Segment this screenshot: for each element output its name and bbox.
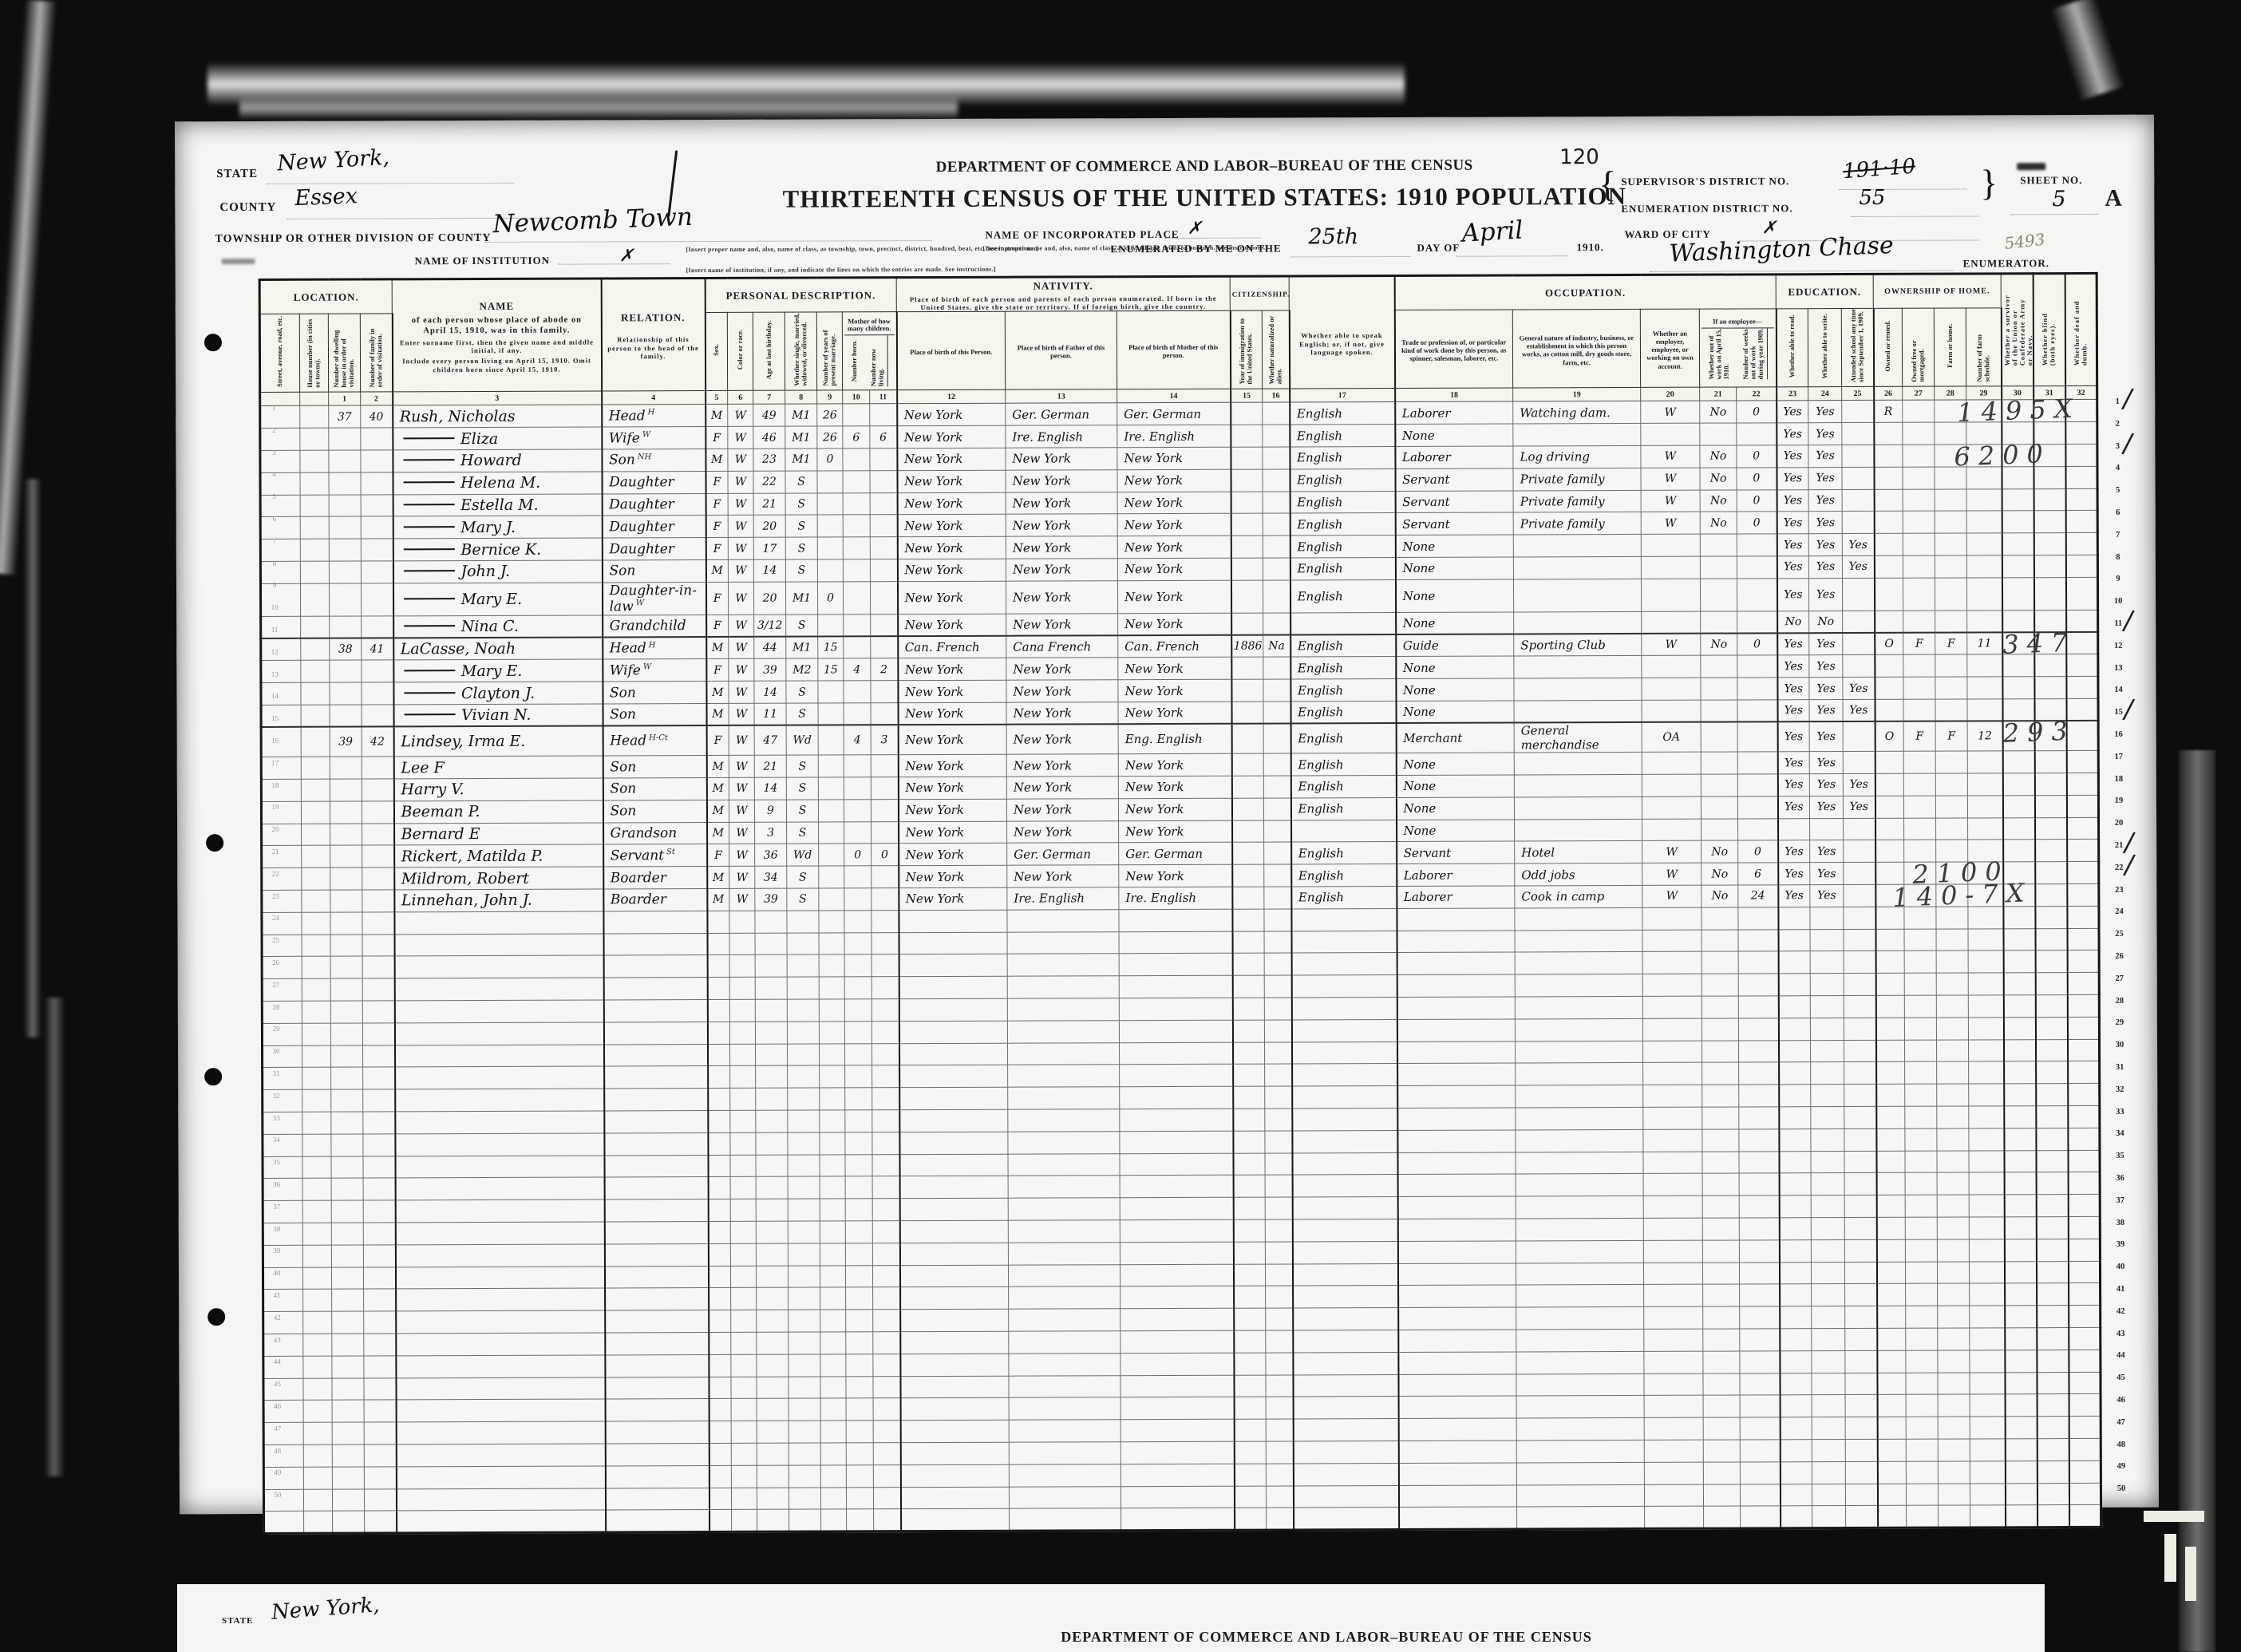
cell-imm — [1233, 1064, 1265, 1086]
day-of-label: DAY OF — [1417, 242, 1460, 255]
cell-ow: No — [1700, 490, 1737, 512]
line-number: 38 — [267, 1218, 287, 1240]
cell-fs — [1970, 1283, 2005, 1306]
cell-deaf — [2067, 883, 2099, 906]
cell-yrs — [820, 1044, 845, 1066]
cell-eng — [1292, 1241, 1397, 1263]
cell-cl — [870, 492, 897, 515]
cell-mort — [1905, 1195, 1937, 1217]
cell-cb — [844, 777, 871, 800]
cell-trade: None — [1396, 612, 1514, 634]
cell-read: Yes — [1777, 774, 1809, 796]
cell-imm — [1234, 1353, 1266, 1375]
cell-ind: Cook in camp — [1515, 885, 1642, 907]
cell-sex: F — [706, 615, 729, 637]
cell-sch — [1844, 1106, 1876, 1128]
cell-farm — [1935, 511, 1966, 533]
cell-pobf — [1009, 1397, 1120, 1420]
cell-name: John J. — [393, 560, 602, 583]
film-streak — [2050, 0, 2125, 101]
cell-pob: New York — [898, 754, 1006, 777]
cell-emp — [1644, 1373, 1703, 1396]
cell-yrs — [820, 1443, 846, 1465]
cell-emp: W — [1642, 885, 1701, 907]
cell-color — [731, 1288, 757, 1310]
cell-cl — [873, 1310, 900, 1332]
cell-emp: OA — [1642, 722, 1701, 753]
cell-sch — [1844, 1173, 1876, 1196]
cell-sch — [1844, 1239, 1876, 1262]
cell-pob — [899, 1154, 1008, 1176]
relation-annotation: H-Ct — [649, 733, 668, 742]
cell-mar — [788, 1310, 820, 1332]
cell-emp — [1643, 1196, 1702, 1218]
cell-imm — [1233, 1197, 1265, 1219]
cell-fs — [1970, 1350, 2005, 1373]
cell-sch — [1845, 1306, 1877, 1329]
cell-pob: New York — [898, 680, 1006, 702]
cell-ind: General merchandise — [1514, 722, 1642, 753]
sex-column-header: Sex. — [705, 313, 727, 391]
cell-nat — [1264, 931, 1291, 954]
cell-color — [731, 1310, 757, 1332]
cell-dw — [332, 1489, 364, 1512]
cell-sch — [1844, 995, 1875, 1018]
cell-vet — [2005, 1439, 2037, 1461]
cell-trade: None — [1396, 678, 1514, 701]
line-number: 8 — [264, 552, 285, 575]
cell-house — [302, 935, 330, 957]
cell-emp — [1642, 952, 1701, 974]
cell-pobf — [1007, 910, 1119, 932]
cell-sch — [1844, 818, 1875, 840]
township-label: TOWNSHIP OR OTHER DIVISION OF COUNTY — [215, 232, 491, 246]
cell-vet — [2005, 1283, 2037, 1306]
cell-name: Linnehan, John J. — [394, 889, 603, 912]
cell-write: Yes — [1810, 840, 1844, 863]
cell-blind — [2037, 1394, 2069, 1417]
cell-ind — [1513, 424, 1641, 446]
cell-eng — [1293, 1485, 1398, 1508]
cell-sch — [1845, 1373, 1877, 1395]
cell-emp — [1645, 1506, 1704, 1528]
cell-age: 36 — [755, 844, 787, 867]
cell-imm — [1233, 1219, 1265, 1242]
cell-wks — [1739, 1173, 1779, 1196]
cell-cl — [870, 515, 897, 537]
cell-wks — [1738, 929, 1778, 951]
cell-cb — [845, 1110, 872, 1132]
line-number: 47 — [2111, 1412, 2132, 1434]
cell-fam — [361, 539, 393, 561]
cell-rel: Daughter — [602, 471, 705, 493]
cell-yrs — [817, 492, 843, 515]
cell-cl — [871, 1021, 899, 1043]
cell-imm — [1233, 1242, 1265, 1264]
cell-nat — [1266, 1441, 1293, 1464]
institution-label: NAME OF INSTITUTION — [415, 255, 551, 268]
cell-blind — [2036, 1084, 2068, 1106]
cell-color: W — [729, 867, 755, 889]
cell-mort: F — [1903, 633, 1935, 655]
ditto-dash — [404, 692, 455, 694]
cell-deaf — [2065, 444, 2097, 466]
cell-cb — [844, 703, 871, 725]
cell-name — [394, 955, 603, 978]
cell-age — [756, 1088, 788, 1110]
cell-eng — [1292, 1108, 1397, 1130]
cell-name — [396, 1310, 605, 1334]
cell-sex: F — [705, 493, 728, 516]
cell-cb — [843, 492, 870, 515]
cell-sex — [707, 933, 729, 955]
film-bracket-mark — [2185, 1547, 2196, 1601]
cell-sch — [1845, 1439, 1877, 1461]
cell-ind — [1516, 1107, 1643, 1129]
cell-fam — [362, 824, 394, 846]
cell-eng — [1293, 1374, 1398, 1397]
cell-age — [757, 1332, 788, 1354]
cell-read — [1779, 1218, 1811, 1240]
cell-yrs — [820, 1154, 845, 1176]
cell-fam — [362, 934, 394, 956]
cell-wks — [1737, 678, 1777, 700]
cell-read: Yes — [1777, 489, 1808, 512]
cell-pobf — [1009, 1331, 1120, 1354]
line-number: 37 — [2110, 1190, 2131, 1212]
line-number: 1 — [263, 397, 284, 420]
cell-trade — [1397, 1085, 1516, 1108]
cell-sch — [1845, 1484, 1877, 1506]
cell-trade — [1399, 1507, 1517, 1529]
cell-imm — [1231, 679, 1263, 702]
cell-eng: English — [1291, 887, 1397, 909]
cell-sch — [1844, 863, 1875, 885]
cell-cb — [845, 1265, 872, 1287]
cell-cl — [872, 1065, 899, 1088]
cell-fam — [362, 682, 393, 705]
cell-deaf — [2068, 1105, 2100, 1128]
cell-sex — [708, 1155, 730, 1177]
cell-imm — [1234, 1375, 1266, 1397]
cell-cl — [871, 888, 899, 911]
cell-own — [1876, 1062, 1905, 1085]
cell-dw — [329, 516, 361, 539]
cell-wks — [1739, 1240, 1779, 1263]
cell-sex — [708, 1066, 730, 1089]
cell-mar: S — [787, 888, 819, 911]
column-number: 21 — [1700, 387, 1737, 401]
cell-trade — [1397, 1241, 1516, 1263]
cell-write: Yes — [1809, 774, 1843, 796]
cell-blind — [2035, 906, 2067, 928]
enumerated-year: 1910. — [1576, 241, 1603, 254]
cell-pob — [899, 932, 1007, 954]
cell-fam — [363, 1134, 395, 1156]
cell-nat — [1266, 1419, 1293, 1441]
cell-eng — [1293, 1441, 1398, 1463]
cell-cl — [873, 1464, 900, 1487]
cell-cb — [844, 954, 871, 977]
cell-yrs: 0 — [817, 449, 843, 471]
cell-farm — [1938, 1350, 1970, 1373]
cell-sch: Yes — [1843, 773, 1875, 796]
cell-trade: Laborer — [1397, 864, 1515, 886]
film-streak — [44, 998, 65, 1476]
cell-color: W — [728, 471, 753, 493]
cell-emp — [1644, 1462, 1703, 1484]
cell-deaf — [2067, 994, 2099, 1017]
cell-eng: English — [1290, 446, 1395, 468]
cell-mort — [1903, 796, 1935, 818]
cell-mar — [788, 1332, 820, 1354]
cell-age: 14 — [753, 559, 785, 582]
cell-ow: No — [1701, 634, 1737, 656]
cell-age: 14 — [754, 777, 786, 800]
cell-mar: M1 — [785, 404, 817, 426]
cell-house — [303, 1489, 332, 1512]
cell-color — [730, 1044, 756, 1066]
cell-mar: M1 — [785, 449, 817, 471]
cell-cl — [872, 1199, 899, 1221]
cell-name — [396, 1488, 605, 1511]
column-number: 22 — [1737, 387, 1777, 401]
cell-deaf — [2069, 1350, 2101, 1372]
cell-write: Yes — [1809, 633, 1843, 655]
pencil-mark: 5493 — [2003, 230, 2045, 253]
cell-read — [1778, 818, 1810, 840]
cell-mar: M1 — [785, 582, 817, 615]
cell-dw — [329, 561, 361, 583]
line-number: 11 — [264, 619, 285, 642]
cell-color — [729, 933, 755, 955]
cell-write: Yes — [1810, 863, 1844, 885]
cell-mort — [1903, 555, 1935, 578]
line-number: 48 — [267, 1440, 288, 1462]
enumerated-day: 25th — [1308, 224, 1358, 249]
cell-dw — [331, 1156, 363, 1179]
cell-trade — [1397, 1219, 1516, 1241]
cell-vet — [2002, 577, 2034, 610]
cell-imm — [1234, 1441, 1266, 1464]
cell-read — [1779, 1062, 1811, 1085]
line-number: 16 — [265, 730, 286, 753]
cell-sex — [709, 1354, 731, 1377]
cell-vet — [2002, 533, 2034, 555]
cell-farm — [1935, 654, 1967, 677]
column-number: 16 — [1263, 389, 1290, 402]
cell-age — [755, 933, 787, 955]
cell-ind: Sporting Club — [1514, 634, 1642, 656]
cell-name — [395, 1177, 604, 1200]
cell-sch — [1843, 611, 1875, 633]
cell-pobm: New York — [1119, 864, 1232, 887]
cell-emp — [1643, 1240, 1702, 1263]
cell-write — [1811, 1173, 1844, 1196]
cell-fs — [1969, 1128, 2004, 1151]
cell-imm — [1231, 702, 1263, 724]
cell-blind — [2034, 795, 2066, 817]
cell-trade: Laborer — [1397, 886, 1515, 908]
cell-mar: M1 — [786, 637, 818, 659]
cell-sch — [1844, 907, 1875, 929]
cell-own — [1874, 489, 1903, 512]
cell-wks — [1737, 700, 1777, 722]
cell-rel — [604, 1044, 708, 1066]
cell-color: W — [728, 426, 753, 449]
cell-fs: 11347 — [1967, 632, 2002, 654]
line-number: 33 — [266, 1107, 287, 1129]
cell-wks — [1738, 951, 1778, 974]
cell-nat — [1263, 753, 1290, 776]
cell-trade: None — [1396, 797, 1514, 820]
cell-sex — [708, 1199, 730, 1222]
cell-imm — [1233, 1131, 1265, 1153]
supervisor-district-label: SUPERVISOR'S DISTRICT NO. — [1621, 175, 1789, 188]
cell-mar: S — [785, 471, 817, 493]
cell-fam — [364, 1377, 396, 1400]
cell-fam — [364, 1488, 396, 1511]
cell-deaf — [2068, 1150, 2100, 1172]
line-number: 22 — [265, 864, 286, 886]
cell-wks — [1737, 611, 1777, 634]
cell-pobf — [1007, 1021, 1119, 1043]
cell-own — [1877, 1328, 1906, 1350]
cell-mar — [788, 1287, 820, 1310]
cell-vet — [2003, 907, 2035, 929]
cell-yrs — [817, 537, 843, 559]
cell-read — [1778, 1018, 1810, 1040]
cell-name: Beeman P. — [393, 800, 603, 824]
cell-pob: New York — [897, 448, 1006, 470]
cell-dw — [330, 912, 362, 935]
cell-sch — [1844, 1018, 1875, 1040]
cell-pob — [899, 910, 1007, 932]
cell-pob: New York — [897, 404, 1006, 426]
cell-cb — [846, 1465, 873, 1488]
cell-yrs — [820, 1398, 846, 1421]
cell-sex — [707, 999, 729, 1022]
citizenship-group-header: CITIZENSHIP. — [1230, 276, 1289, 311]
owned-rented-column-header: Owned or rented. — [1873, 309, 1902, 387]
cell-fam — [363, 1156, 395, 1178]
cell-color: W — [728, 559, 753, 582]
cell-rel — [603, 978, 707, 1000]
cell-blind — [2037, 1417, 2069, 1439]
cell-name — [395, 1156, 604, 1179]
cell-dw — [333, 1511, 365, 1533]
cell-pobf — [1008, 1220, 1120, 1243]
ditto-dash — [403, 526, 454, 528]
cell-dw — [330, 801, 362, 824]
cell-pobm: New York — [1117, 580, 1231, 613]
cell-age: 20 — [753, 582, 785, 615]
cell-own — [1876, 1106, 1905, 1128]
line-number: 49 — [267, 1462, 288, 1484]
cell-farm — [1937, 1195, 1969, 1217]
line-number: 5 — [264, 486, 285, 508]
cell-yrs — [820, 1132, 845, 1155]
cell-emp — [1642, 907, 1701, 930]
cell-eng — [1293, 1397, 1398, 1419]
cell-pobf: New York — [1006, 702, 1118, 725]
cell-name — [396, 1288, 605, 1311]
cell-pob — [901, 1509, 1010, 1531]
cell-age: 21 — [754, 755, 786, 777]
cell-deaf — [2069, 1460, 2101, 1483]
cell-color — [729, 1022, 755, 1044]
cell-sch — [1844, 1085, 1876, 1107]
cell-nat — [1265, 1086, 1292, 1109]
cell-mort — [1906, 1439, 1938, 1461]
cell-sch — [1845, 1328, 1877, 1350]
cell-fs — [1967, 751, 2002, 773]
deaf-column-header: Whether deaf and dumb. — [2065, 273, 2097, 386]
cell-blind — [2037, 1372, 2069, 1394]
cell-rel — [604, 1110, 708, 1132]
cell-cb — [844, 615, 871, 637]
cell-name — [397, 1510, 606, 1533]
cell-pobm: New York — [1118, 613, 1231, 635]
cell-nat — [1264, 842, 1291, 864]
cell-sch — [1845, 1262, 1877, 1284]
cell-name: Bernard E — [394, 823, 603, 846]
cell-ow — [1701, 796, 1737, 819]
cell-sch — [1843, 752, 1875, 774]
cell-age — [755, 1022, 787, 1044]
cell-pobm — [1120, 1264, 1233, 1286]
cell-rel — [605, 1465, 709, 1488]
relation-annotation: W — [642, 430, 650, 439]
cell-sex: F — [707, 844, 729, 867]
cell-rel: HeadH-Ct — [603, 725, 706, 756]
cell-sch — [1844, 1151, 1876, 1173]
cell-fs: 1495X — [1966, 400, 2002, 422]
cell-own — [1877, 1306, 1906, 1328]
cell-sch — [1843, 655, 1875, 678]
cell-color — [731, 1399, 757, 1421]
cell-name: Mary E. — [393, 583, 602, 616]
mother-children-group-header: Mother of how many children. Number born… — [842, 312, 896, 390]
cell-ind — [1515, 952, 1642, 974]
cell-imm — [1234, 1464, 1266, 1486]
form-number-smudge — [222, 259, 255, 264]
cell-imm — [1235, 1508, 1267, 1530]
cell-deaf — [2066, 654, 2098, 677]
cell-trade — [1398, 1463, 1516, 1485]
cell-ind — [1516, 1484, 1644, 1507]
pencil-annotation: 1495X — [1957, 393, 2081, 429]
cell-own — [1876, 1084, 1905, 1106]
cell-ow — [1701, 819, 1738, 841]
cell-sch — [1843, 578, 1875, 611]
cell-yrs — [820, 1421, 846, 1443]
cell-pobm — [1120, 1109, 1233, 1131]
cell-rel: SonNH — [602, 449, 705, 471]
cell-sch — [1845, 1395, 1877, 1417]
cell-eng — [1292, 1175, 1397, 1197]
cell-fam — [362, 1023, 394, 1045]
cell-deaf — [2069, 1417, 2101, 1439]
cell-blind — [2036, 1128, 2068, 1150]
farm-house-column-header: Farm or house. — [1934, 308, 1966, 386]
cell-pob — [899, 976, 1007, 998]
line-number: 50 — [267, 1484, 288, 1507]
cell-color — [730, 1155, 756, 1177]
cell-deaf — [2065, 533, 2097, 555]
cell-mort — [1906, 1283, 1938, 1306]
cell-read — [1780, 1417, 1812, 1440]
